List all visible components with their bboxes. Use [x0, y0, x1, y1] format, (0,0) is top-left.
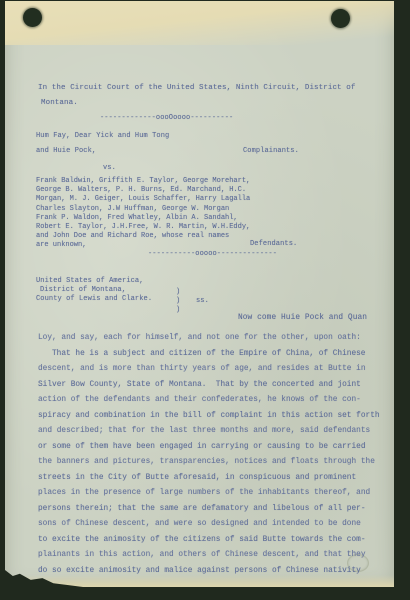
- defendants-label: Defendants.: [250, 240, 297, 248]
- body-text-line: Silver Bow County, State of Montana. Tha…: [38, 378, 390, 394]
- court-title-line2: Montana.: [41, 99, 78, 107]
- defendant-list-line: Morgan, M. J. Geiger, Louis Schaffer, Ha…: [36, 195, 250, 204]
- defendant-list-line: Robert E. Taylor, J.H.Free, W. R. Martin…: [36, 223, 250, 232]
- defendant-list-line: Frank Baldwin, Griffith E. Taylor, Georg…: [36, 177, 250, 186]
- venue-bracket: ): [176, 306, 180, 314]
- scanned-court-document-page: In the Circuit Court of the United State…: [0, 0, 410, 600]
- hole-punch-left: [23, 8, 42, 27]
- body-text-line: or some of them have been engaged in car…: [38, 440, 390, 456]
- defendants-name-list: Frank Baldwin, Griffith E. Taylor, Georg…: [36, 177, 250, 251]
- body-text-line: the banners and pictures, transparencies…: [38, 455, 390, 471]
- body-text-line: places in the presence of large numbers …: [38, 486, 390, 502]
- body-text-line: plainants in this action, and others of …: [38, 548, 390, 564]
- body-text-line: action of the defendants and their confe…: [38, 393, 390, 409]
- body-text-line: and described; that for the last three m…: [38, 424, 390, 440]
- defendant-list-line: Charles Slayton, J.W Huffman, George W. …: [36, 205, 250, 214]
- venue-bracket: ): [176, 297, 180, 305]
- affidavit-opening-line: Now come Huie Pock and Quan: [238, 314, 367, 322]
- venue-bracket: ): [176, 288, 180, 296]
- body-text-line: streets in the City of Butte aforesaid, …: [38, 471, 390, 487]
- body-text-line: descent, and is more than thirty years o…: [38, 362, 390, 378]
- complainants-names-line1: Hum Fay, Dear Yick and Hum Tong: [36, 132, 169, 140]
- venue-line-district: District of Montana,: [40, 286, 126, 294]
- court-title-line1: In the Circuit Court of the United State…: [38, 84, 355, 92]
- affidavit-body-paragraph: Loy, and say, each for himself, and not …: [38, 331, 390, 579]
- body-text-line: That he is a subject and citizen of the …: [38, 347, 390, 363]
- complainants-names-line2: and Huie Pock,: [36, 147, 96, 155]
- body-text-line: spiracy and combination in the bill of c…: [38, 409, 390, 425]
- body-text-line: sons of Chinese descent, and were so des…: [38, 517, 390, 533]
- defendant-list-line: Frank P. Waldon, Fred Whatley, Albin A. …: [36, 214, 250, 223]
- venue-line-county: County of Lewis and Clarke.: [36, 295, 152, 303]
- venue-ss-abbreviation: ss.: [196, 297, 209, 305]
- body-text-line: do so excite animosity and malice agains…: [38, 564, 390, 580]
- divider-middle: -----------ooooo--------------: [148, 250, 277, 258]
- venue-line-united-states: United States of America,: [36, 277, 144, 285]
- versus-label: vs.: [103, 164, 116, 172]
- complainants-label: Complainants.: [243, 147, 299, 155]
- body-text-line: persons therein; that the same are defam…: [38, 502, 390, 518]
- hole-punch-right: [331, 9, 350, 28]
- body-text-line: Loy, and say, each for himself, and not …: [38, 331, 390, 347]
- body-text-line: to excite the animosity of the citizens …: [38, 533, 390, 549]
- divider-top: -------------oooOoooo----------: [100, 114, 233, 122]
